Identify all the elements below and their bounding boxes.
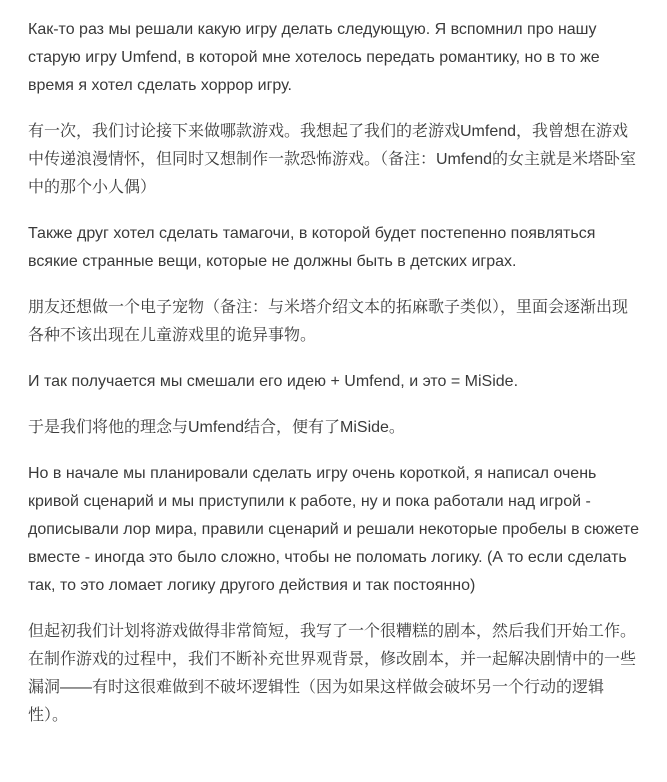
paragraph-russian: Также друг хотел сделать тамагочи, в кот… xyxy=(28,220,640,276)
paragraph-chinese: 有一次，我们讨论接下来做哪款游戏。我想起了我们的老游戏Umfend，我曾想在游戏… xyxy=(28,118,640,202)
paragraph-russian: Как-то раз мы решали какую игру делать с… xyxy=(28,16,640,100)
paragraph-chinese: 于是我们将他的理念与Umfend结合，便有了MiSide。 xyxy=(28,414,640,442)
paragraph-russian: И так получается мы смешали его идею + U… xyxy=(28,368,640,396)
paragraph-russian: Но в начале мы планировали сделать игру … xyxy=(28,460,640,600)
article-body: Как-то раз мы решали какую игру делать с… xyxy=(28,16,640,730)
paragraph-chinese: 朋友还想做一个电子宠物（备注：与米塔介绍文本的拓麻歌子类似），里面会逐渐出现各种… xyxy=(28,294,640,350)
document-page: Как-то раз мы решали какую игру делать с… xyxy=(0,0,667,782)
paragraph-chinese: 但起初我们计划将游戏做得非常简短，我写了一个很糟糕的剧本，然后我们开始工作。在制… xyxy=(28,618,640,730)
